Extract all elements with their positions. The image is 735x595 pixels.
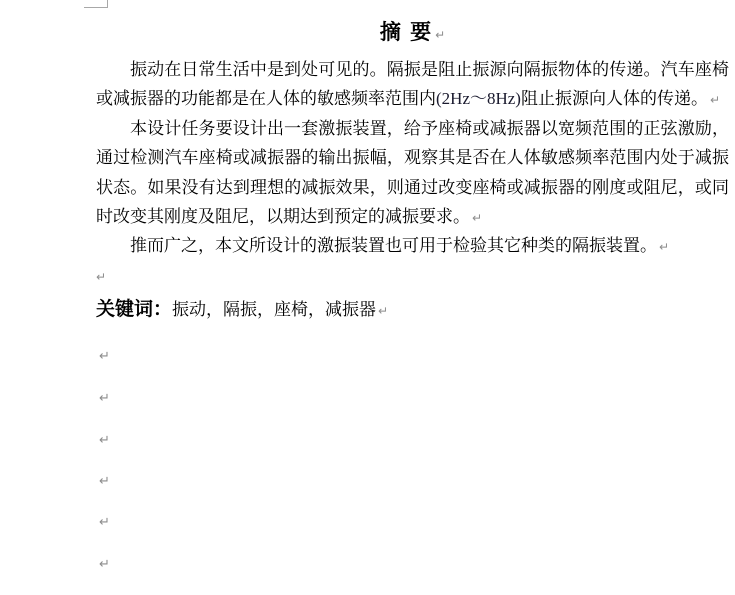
paragraph2-line1: 本设计任务要设计出一套激振装置，给予座椅或减振器以宽频范围的正弦激励，: [96, 114, 729, 143]
paragraph1-line2: 或减振器的功能都是在人体的敏感频率范围内(2Hz～8Hz)阻止振源向人体的传递。…: [96, 84, 729, 113]
frequency-range-text: (2Hz～8Hz): [436, 89, 521, 108]
abstract-body: 振动在日常生活中是到处可见的。隔振是阻止振源向隔振物体的传递。汽车座椅 或减振器…: [96, 55, 729, 290]
paragraph-mark-icon: ↵: [378, 304, 388, 318]
margin-crop-mark-horizontal: [84, 7, 108, 8]
paragraph-mark-icon: ↵: [710, 93, 720, 107]
paragraph2-line4-text: 时改变其刚度及阻尼，以期达到预定的减振要求。: [96, 207, 470, 226]
paragraph1-line1: 振动在日常生活中是到处可见的。隔振是阻止振源向隔振物体的传递。汽车座椅: [96, 55, 729, 84]
paragraph-mark-icon: ↵: [99, 392, 119, 406]
paragraph-mark-icon: ↵: [99, 434, 119, 448]
paragraph-mark-icon: ↵: [99, 516, 119, 530]
paragraph3-line1: 推而广之，本文所设计的激振装置也可用于检验其它种类的隔振装置。↵: [96, 231, 729, 260]
paragraph2-line3: 状态。如果没有达到理想的减振效果，则通过改变座椅或减振器的刚度或阻尼，或同: [96, 173, 729, 202]
paragraph3-line1-text: 推而广之，本文所设计的激振装置也可用于检验其它种类的隔振装置。: [130, 236, 657, 255]
paragraph-mark-icon: ↵: [96, 270, 106, 284]
paragraph1-line2-post: 阻止振源向人体的传递。: [521, 89, 708, 108]
paragraph2-line2: 通过检测汽车座椅或减振器的输出振幅，观察其是否在人体敏感频率范围内处于减振: [96, 143, 729, 172]
empty-paragraph: ↵: [96, 261, 729, 290]
abstract-title-row: 摘 要↵: [96, 17, 729, 50]
paragraph1-line2-pre: 或减振器的功能都是在人体的敏感频率范围内: [96, 89, 436, 108]
paragraph-mark-icon: ↵: [99, 350, 119, 364]
paragraph-mark-icon: ↵: [659, 240, 669, 254]
keywords-value: 振动，隔振，座椅，减振器: [172, 300, 376, 319]
paragraph-mark-icon: ↵: [472, 211, 482, 225]
word-document-page: { "document": { "title": "摘 要", "paragra…: [0, 0, 735, 595]
keywords-label: 关键词：: [96, 299, 172, 320]
paragraph2-line4: 时改变其刚度及阻尼，以期达到预定的减振要求。↵: [96, 202, 729, 231]
page-title: 摘 要: [380, 20, 433, 44]
paragraph-mark-icon: ↵: [99, 558, 119, 572]
margin-crop-mark-vertical: [107, 0, 108, 8]
paragraph-mark-icon: ↵: [99, 475, 119, 489]
paragraph-mark-icon: ↵: [435, 28, 445, 42]
keywords-row: 关键词：振动，隔振，座椅，减振器↵: [96, 297, 729, 324]
